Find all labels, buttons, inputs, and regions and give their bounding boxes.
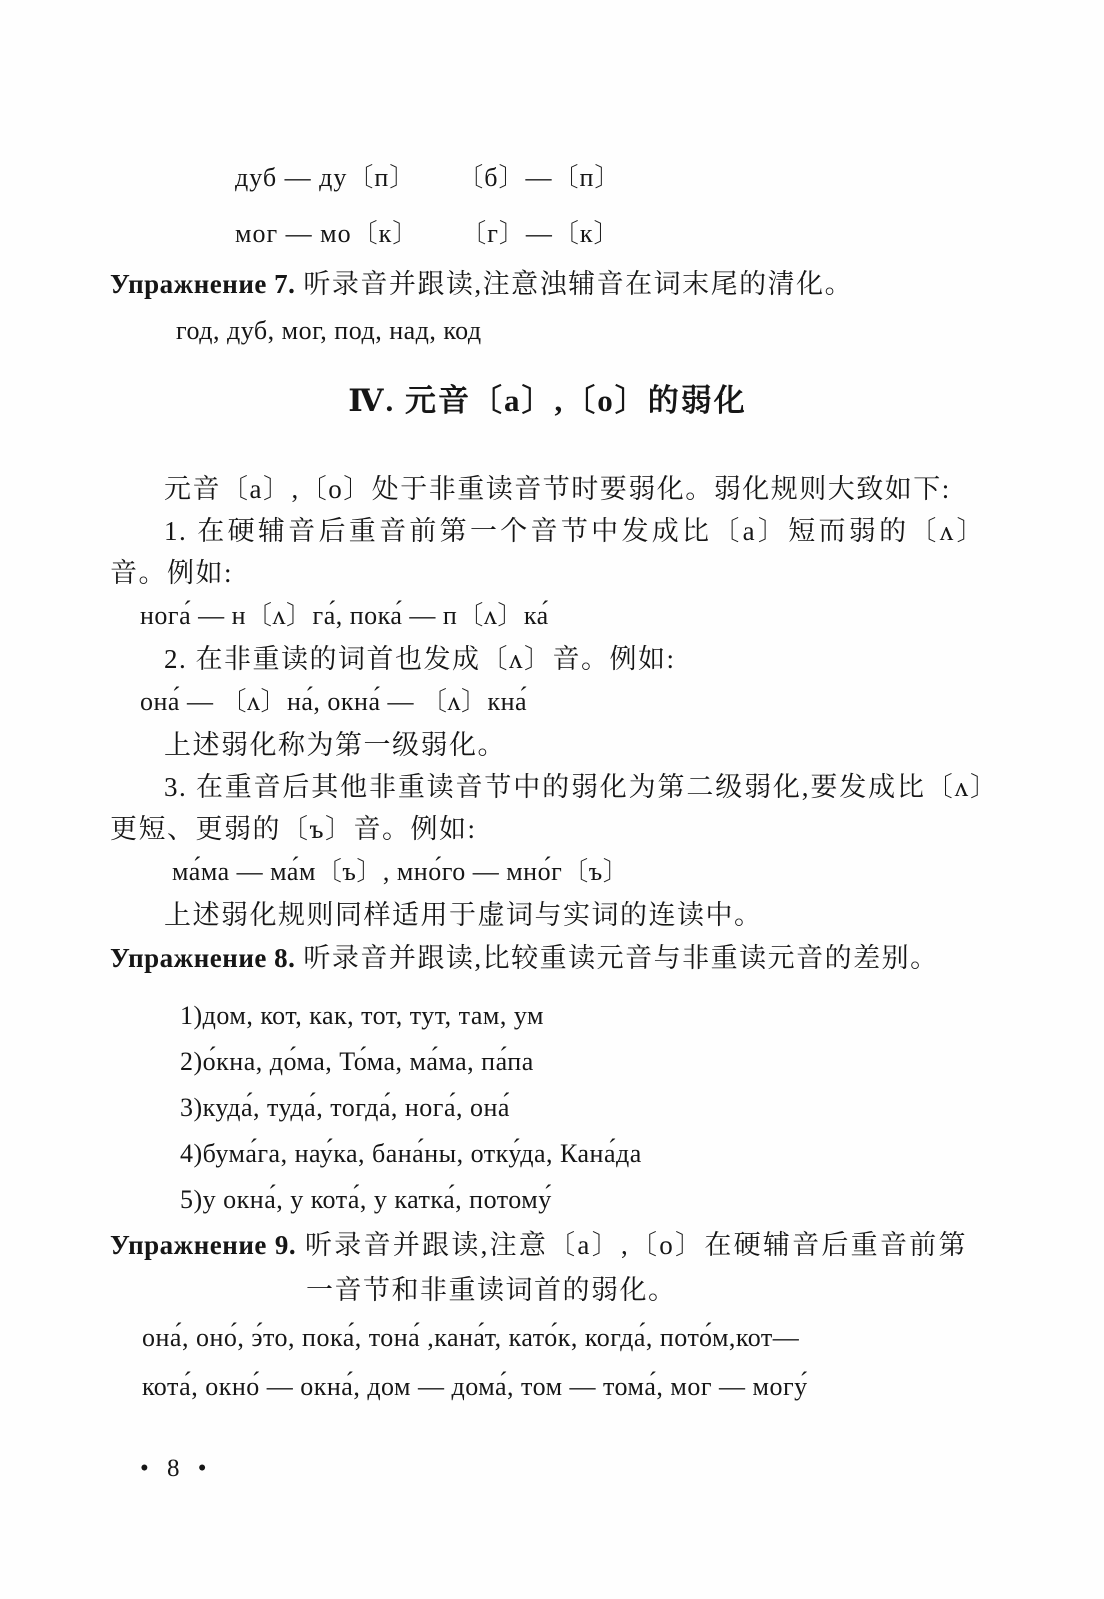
example-sound-pair: 〔б〕—〔п〕 <box>470 163 621 192</box>
note-first-degree: 上述弱化称为第一级弱化。 <box>110 724 985 766</box>
exercise-8-label: Упражнение 8. <box>110 943 303 973</box>
textbook-page: дуб — ду〔п〕〔б〕—〔п〕 мог — мо〔к〕〔г〕—〔к〕 Уп… <box>0 0 1104 1599</box>
exercise-9: Упражнение 9.听录音并跟读,注意〔a〕,〔o〕在硬辅音后重音前第一音… <box>110 1223 985 1313</box>
exercise-8-instruction: 听录音并跟读,比较重读元音与非重读元音的差别。 <box>303 943 938 973</box>
word-list-item: 3)куда́, туда́, тогда́, нога́, она́ <box>180 1085 985 1131</box>
exercise-9-instruction: 听录音并跟读,注意〔a〕,〔o〕在硬辅音后重音前第一音节和非重读词首的弱化。 <box>304 1230 967 1305</box>
word-list-item: 1)дом, кот, как, тот, тут, там, ум <box>180 993 985 1039</box>
rule-3: 3. 在重音后其他非重读音节中的弱化为第二级弱化,要发成比〔ʌ〕更短、更弱的〔ъ… <box>110 766 985 850</box>
exercise-7-label: Упражнение 7. <box>110 269 303 299</box>
exercise-9-words-line-1: она́, оно́, э́то, пока́, тона́ ,кана́т, … <box>142 1313 985 1362</box>
exercise-7-instruction: 听录音并跟读,注意浊辅音在词末尾的清化。 <box>303 269 853 299</box>
exercise-7-words: год, дуб, мог, под, над, код <box>176 307 985 354</box>
page-number: • 8 • <box>140 1455 213 1483</box>
rule-2: 2. 在非重读的词首也发成〔ʌ〕音。例如: <box>110 638 985 680</box>
section-intro: 元音〔a〕,〔o〕处于非重读音节时要弱化。弱化规则大致如下: <box>110 468 985 510</box>
example-line: мог — мо〔к〕〔г〕—〔к〕 <box>235 206 985 262</box>
word-list-item: 2)о́кна, до́ма, То́ма, ма́ма, па́па <box>180 1039 985 1085</box>
rule-3-example: ма́ма — ма́м〔ъ〕, мно́го — мно́г〔ъ〕 <box>172 850 985 894</box>
exercise-7: Упражнение 7.听录音并跟读,注意浊辅音在词末尾的清化。 <box>110 262 985 307</box>
word-list-item: 5)у окна́, у кота́, у катка́, потому́ <box>180 1177 985 1223</box>
example-word-pair: дуб — ду〔п〕 <box>235 163 416 192</box>
exercise-8-word-list: 1)дом, кот, как, тот, тут, там, ум 2)о́к… <box>180 993 985 1223</box>
exercise-9-label: Упражнение 9. <box>110 1230 304 1260</box>
example-line: дуб — ду〔п〕〔б〕—〔п〕 <box>235 150 985 206</box>
exercise-8: Упражнение 8.听录音并跟读,比较重读元音与非重读元音的差别。 <box>110 936 985 981</box>
rule-2-example: она́ — 〔ʌ〕на́, окна́ — 〔ʌ〕кна́ <box>140 680 985 724</box>
rule-1: 1. 在硬辅音后重音前第一个音节中发成比〔a〕短而弱的〔ʌ〕音。例如: <box>110 510 985 594</box>
note-liaison: 上述弱化规则同样适用于虚词与实词的连读中。 <box>110 894 985 936</box>
section-title: Ⅳ. 元音〔a〕,〔o〕的弱化 <box>110 376 985 426</box>
example-word-pair: мог — мо〔к〕 <box>235 219 419 248</box>
devoicing-examples: дуб — ду〔п〕〔б〕—〔п〕 мог — мо〔к〕〔г〕—〔к〕 <box>235 150 985 262</box>
rule-1-example: нога́ — н〔ʌ〕га́, пока́ — п〔ʌ〕ка́ <box>140 594 985 638</box>
exercise-9-words-line-2: кота́, окно́ — окна́, дом — дома́, том —… <box>142 1362 985 1411</box>
example-sound-pair: 〔г〕—〔к〕 <box>473 219 620 248</box>
word-list-item: 4)бума́га, нау́ка, бана́ны, отку́да, Кан… <box>180 1131 985 1177</box>
